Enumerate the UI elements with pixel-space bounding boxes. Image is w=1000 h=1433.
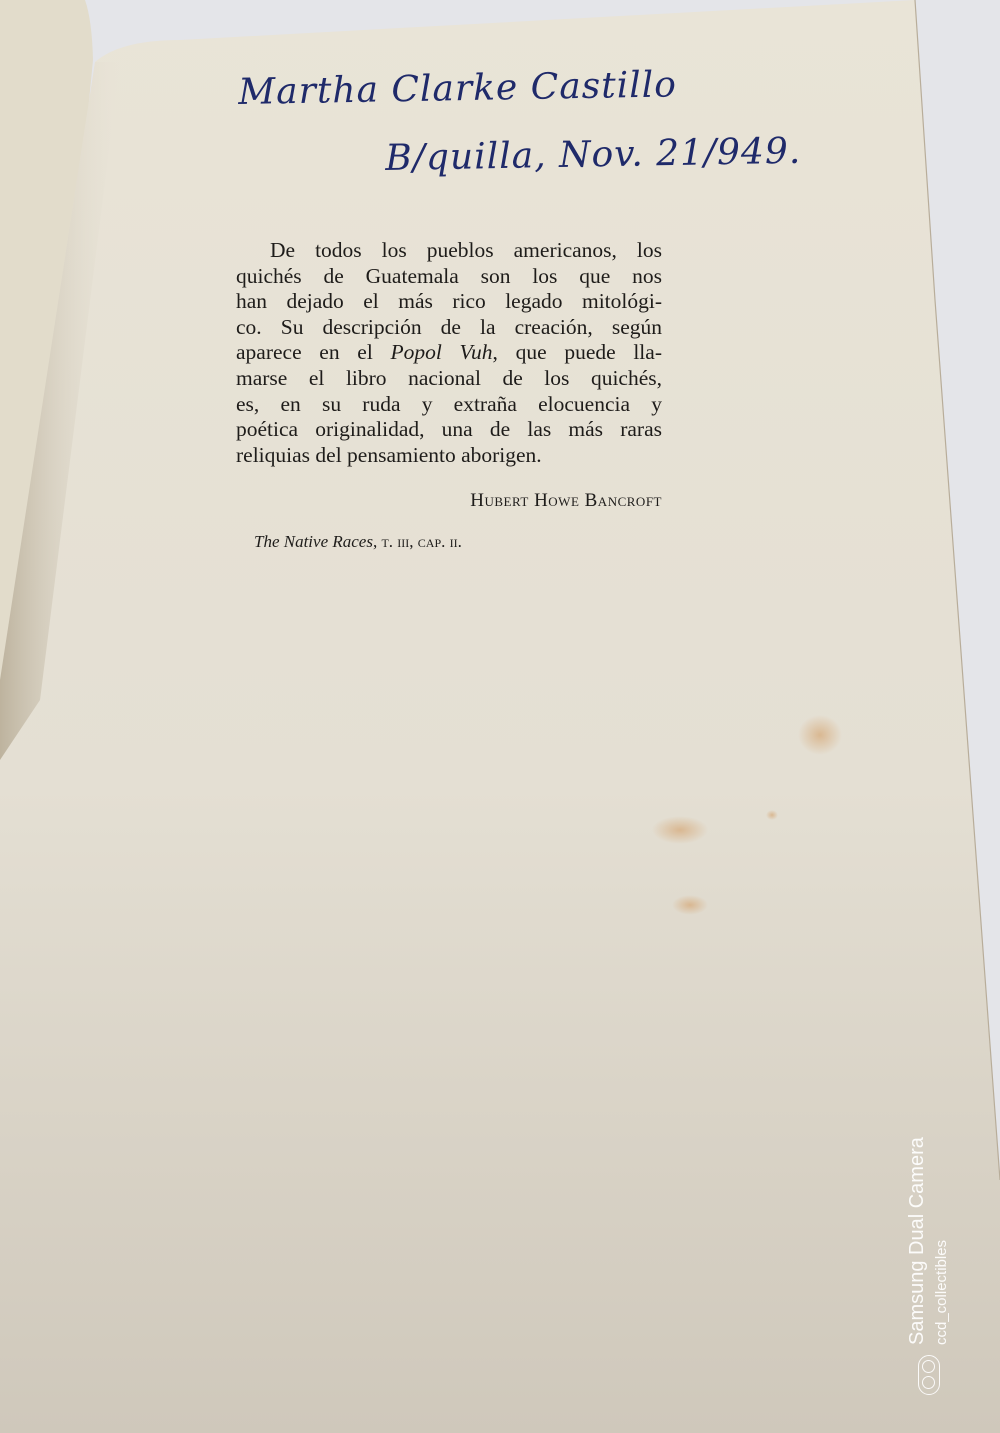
watermark-brand: Samsung Dual Camera [906, 1137, 928, 1345]
book-photo: Martha Clarke Castillo B/quilla, Nov. 21… [0, 0, 1000, 1433]
epigraph-line: poética originalidad, una de las más rar… [236, 417, 662, 443]
epigraph-text: aparece en el [236, 340, 390, 364]
epigraph-author: Hubert Howe Bancroft [236, 490, 662, 512]
epigraph-line: aparece en el Popol Vuh, que puede lla- [236, 340, 662, 366]
epigraph-paragraph: De todos los pueblos americanos, los qui… [236, 238, 662, 468]
handwritten-place-date: B/quilla, Nov. 21/949. [385, 131, 802, 179]
epigraph-line: marse el libro nacional de los quichés, [236, 366, 662, 392]
camera-watermark: Samsung Dual Camera ccd_collectibles [906, 1137, 951, 1395]
source-reference: , t. iii, cap. ii. [373, 532, 462, 551]
epigraph-line: quichés de Guatemala son los que nos [236, 264, 662, 290]
epigraph-line: De todos los pueblos americanos, los [236, 238, 662, 264]
epigraph-text: , que puede lla- [493, 340, 662, 364]
epigraph-line: co. Su descripción de la creación, según [236, 315, 662, 341]
source-title: The Native Races [254, 532, 373, 551]
handwritten-name: Martha Clarke Castillo [238, 64, 677, 113]
main-page [0, 0, 1000, 1433]
book-pages [0, 0, 1000, 1433]
epigraph-line: es, en su ruda y extraña elocuencia y [236, 392, 662, 418]
epigraph-line: han dejado el más rico legado mitológi- [236, 289, 662, 315]
dual-camera-icon [918, 1355, 940, 1395]
epigraph-source: The Native Races, t. iii, cap. ii. [254, 532, 462, 552]
book-title-popol-vuh: Popol Vuh [390, 340, 492, 364]
watermark-handle: ccd_collectibles [933, 1137, 951, 1345]
epigraph-line: reliquias del pensamiento aborigen. [236, 443, 662, 469]
